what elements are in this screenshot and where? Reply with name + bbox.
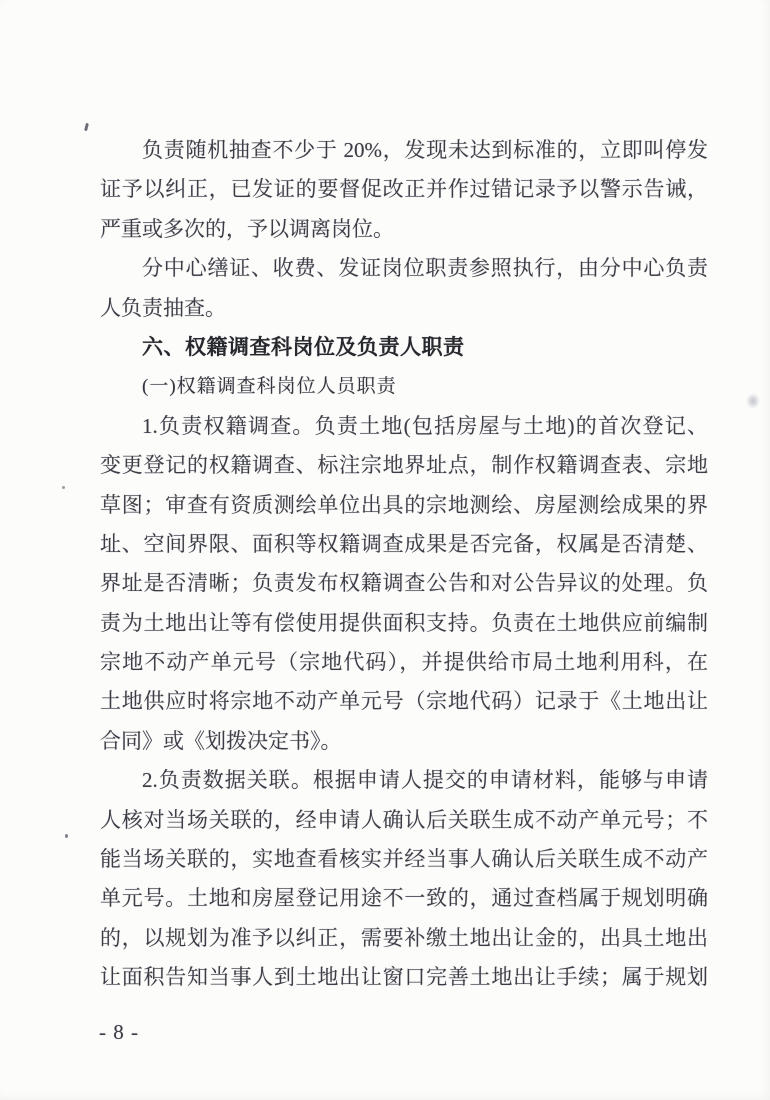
body-line: 宗地不动产单元号（宗地代码），并提供给市局土地利用科，在 [100,643,708,682]
scan-speck [84,123,89,131]
document-body: 负责随机抽查不少于 20%，发现未达到标准的，立即叫停发 证予以纠正，已发证的要… [100,131,708,998]
body-line: 分中心缮证、收费、发证岗位职责参照执行，由分中心负责 [100,249,708,288]
body-line: 草图；审查有资质测绘单位出具的宗地测绘、房屋测绘成果的界 [100,486,708,525]
scan-speck [62,486,65,489]
body-line: 让面积告知当事人到土地出让窗口完善土地出让手续；属于规划 [100,958,708,997]
body-line: 负责随机抽查不少于 20%，发现未达到标准的，立即叫停发 [100,131,708,170]
body-line: 变更登记的权籍调查、标注宗地界址点，制作权籍调查表、宗地 [100,446,708,485]
scanned-document-page: 负责随机抽查不少于 20%，发现未达到标准的，立即叫停发 证予以纠正，已发证的要… [0,0,770,1100]
body-line: 址、空间界限、面积等权籍调查成果是否完备，权属是否清楚、 [100,525,708,564]
scan-speck [65,834,68,838]
body-line: 严重或多次的，予以调离岗位。 [100,210,708,249]
body-line: 人核对当场关联的，经申请人确认后关联生成不动产单元号；不 [100,801,708,840]
body-line: 合同》或《划拨决定书》。 [100,722,708,761]
body-line: 人负责抽查。 [100,289,708,328]
body-line: 2.负责数据关联。根据申请人提交的申请材料，能够与申请 [100,761,708,800]
body-line: 1.负责权籍调查。负责土地(包括房屋与土地)的首次登记、 [100,407,708,446]
section-heading: 六、权籍调查科岗位及负责人职责 [100,328,708,367]
body-line: 单元号。土地和房屋登记用途不一致的，通过查档属于规划明确 [100,879,708,918]
body-line: 能当场关联的，实地查看核实并经当事人确认后关联生成不动产 [100,840,708,879]
page-number: - 8 - [99,1013,139,1052]
body-line: 证予以纠正，已发证的要督促改正并作过错记录予以警示告诫， [100,170,708,209]
subsection-heading: (一)权籍调查科岗位人员职责 [100,367,708,406]
body-line: 界址是否清晰；负责发布权籍调查公告和对公告异议的处理。负 [100,564,708,603]
body-line: 的，以规划为准予以纠正，需要补缴土地出让金的，出具土地出 [100,919,708,958]
scan-smudge [746,393,760,409]
body-line: 土地供应时将宗地不动产单元号（宗地代码）记录于《土地出让 [100,682,708,721]
body-line: 责为土地出让等有偿使用提供面积支持。负责在土地供应前编制 [100,604,708,643]
